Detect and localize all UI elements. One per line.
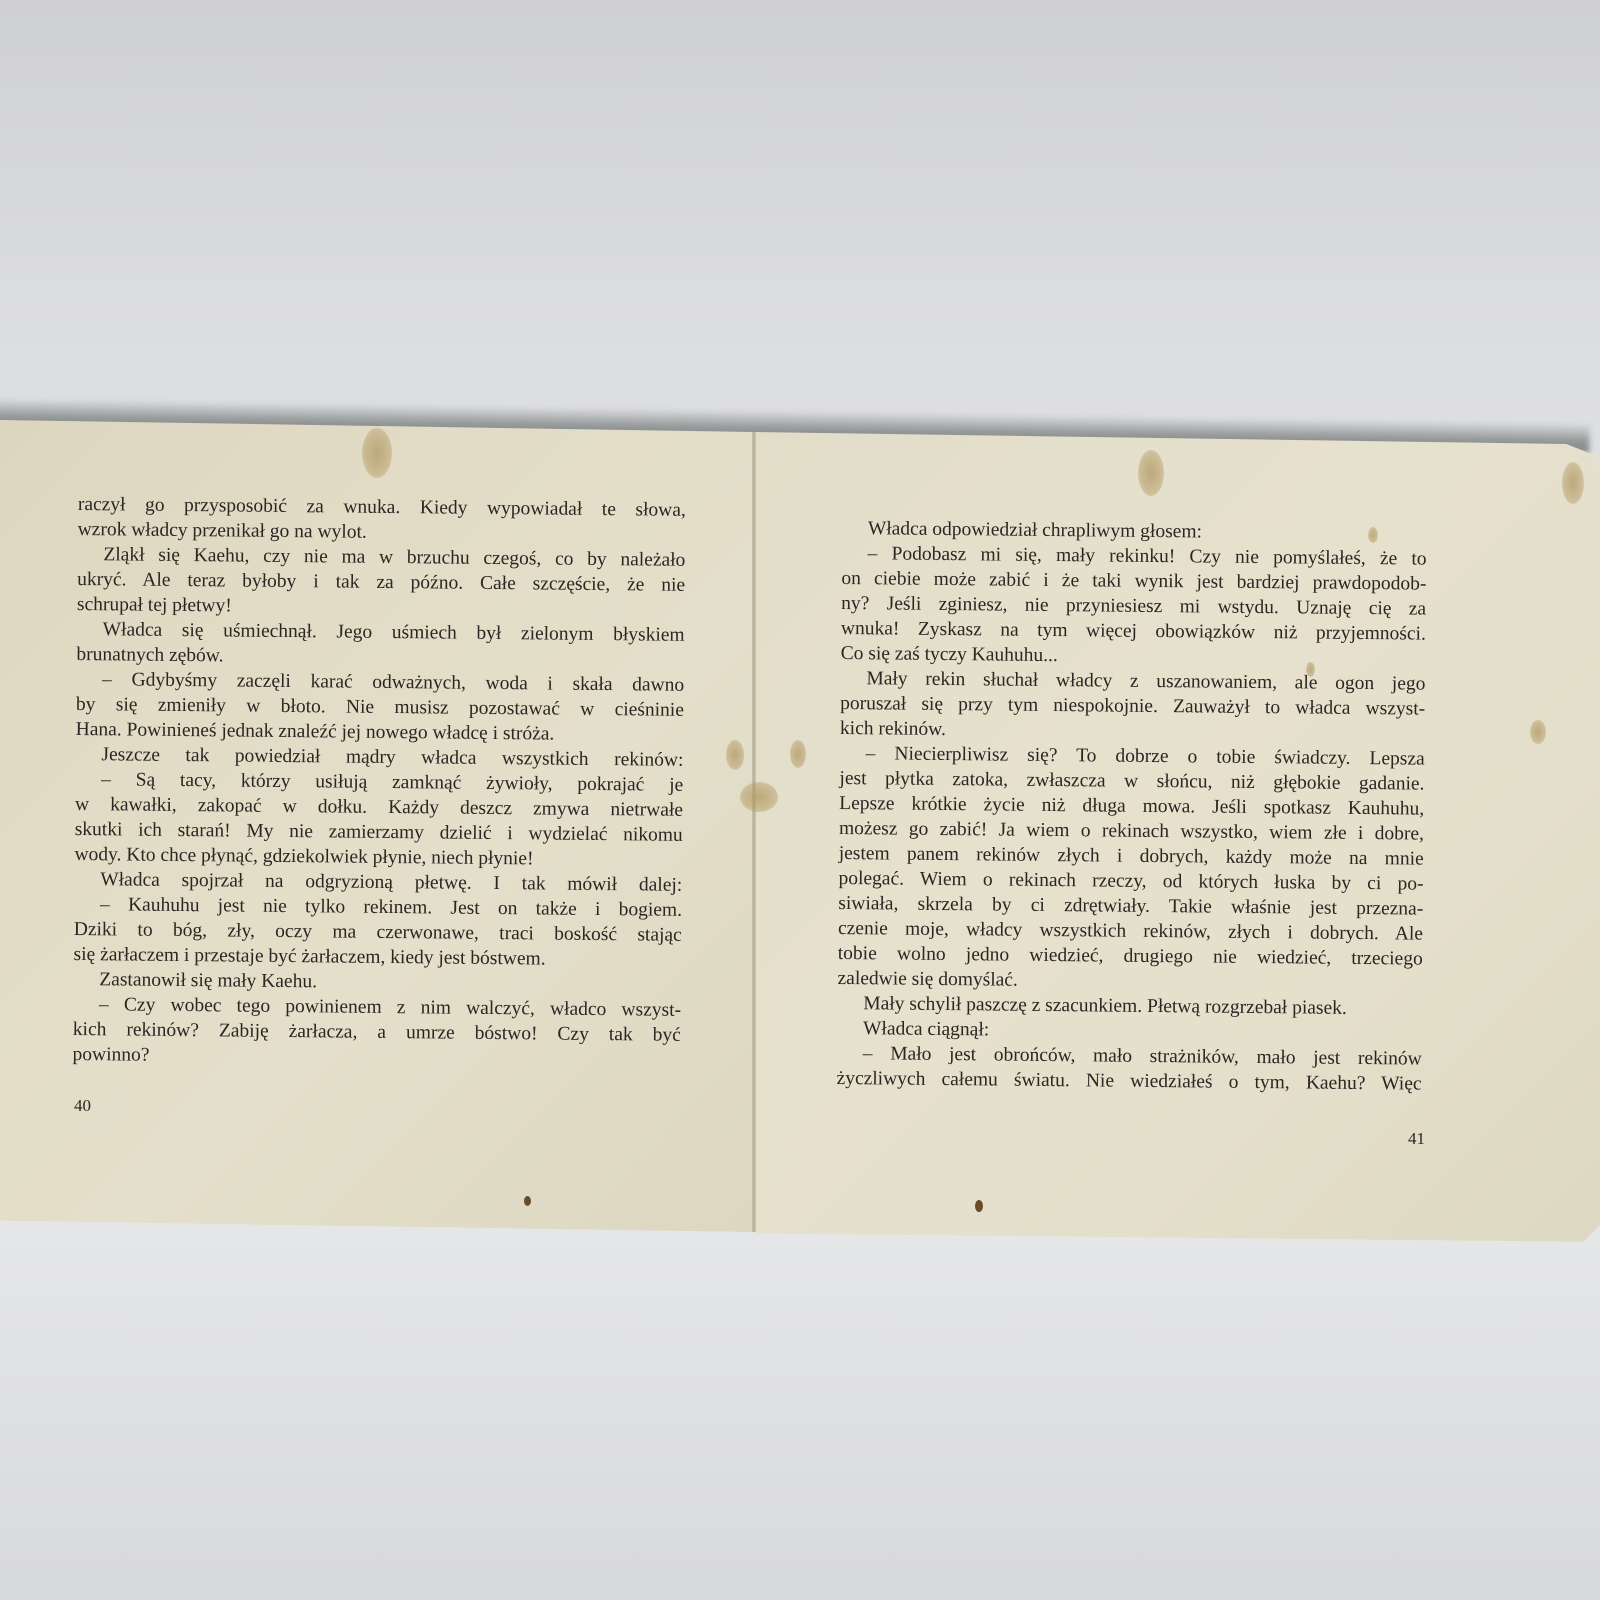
water-stain bbox=[1138, 450, 1164, 496]
water-stain bbox=[1530, 720, 1546, 744]
water-stain bbox=[726, 740, 744, 770]
ink-spot bbox=[524, 1196, 531, 1206]
water-stain bbox=[1562, 462, 1584, 504]
book-gutter bbox=[752, 432, 756, 1232]
open-book-spread: raczył go przysposobić za wnuka. Kiedy w… bbox=[0, 0, 1600, 1600]
page-number-right: 41 bbox=[1408, 1129, 1425, 1149]
page-number-left: 40 bbox=[74, 1096, 91, 1116]
ink-spot bbox=[975, 1200, 983, 1212]
water-stain bbox=[362, 428, 392, 478]
water-stain bbox=[740, 782, 778, 812]
left-page-text: raczył go przysposobić za wnuka. Kiedy w… bbox=[72, 492, 685, 1073]
water-stain bbox=[790, 740, 806, 768]
right-page-text: Władca odpowiedział chrapliwym głosem:– … bbox=[836, 516, 1426, 1097]
